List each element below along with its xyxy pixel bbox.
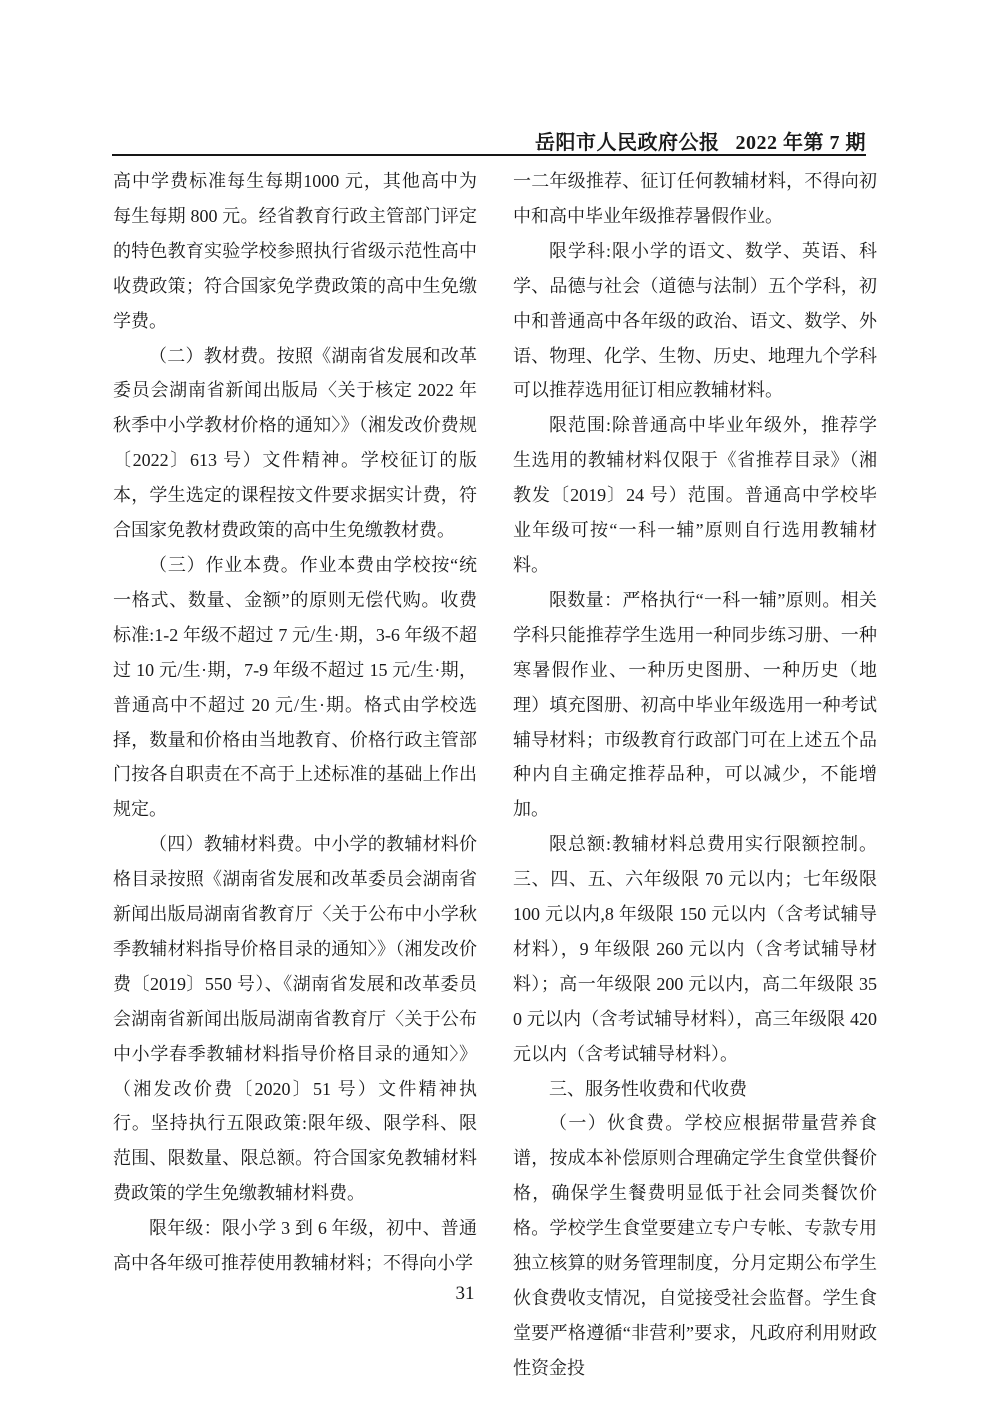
paragraph-quantity-limit: 限数量：严格执行“一科一辅”原则。相关学科只能推荐学生选用一种同步练习册、一种寒… <box>513 583 877 827</box>
paragraph-workbook-fee: （三）作业本费。作业本费由学校按“统一格式、数量、金额”的原则无偿代购。收费标准… <box>113 548 477 827</box>
paragraph-scope-limit: 限范围:除普通高中毕业年级外，推荐学生选用的教辅材料仅限于《省推荐目录》（湘教发… <box>513 408 877 583</box>
page-number: 31 <box>430 1283 500 1305</box>
gazette-issue: 2022 年第 7 期 <box>736 132 867 154</box>
right-column: 一二年级推荐、征订任何教辅材料，不得向初中和高中毕业年级推荐暑假作业。 限学科:… <box>513 164 877 1294</box>
paragraph-tuition-standard-continued: 高中学费标准每生每期1000 元，其他高中为每生每期 800 元。经省教育行政主… <box>113 164 477 339</box>
gazette-title: 岳阳市人民政府公报 <box>535 132 720 154</box>
paragraph-grade-limit-continued: 一二年级推荐、征订任何教辅材料，不得向初中和高中毕业年级推荐暑假作业。 <box>513 164 877 234</box>
paragraph-meal-fee: （一）伙食费。学校应根据带量营养食谱，按成本补偿原则合理确定学生食堂供餐价格，确… <box>513 1106 877 1385</box>
page-header: 岳阳市人民政府公报2022 年第 7 期 <box>112 126 866 155</box>
paragraph-total-amount-limit: 限总额:教辅材料总费用实行限额控制。三、四、五、六年级限 70 元以内；七年级限… <box>513 827 877 1071</box>
header-rule <box>112 154 866 156</box>
text-body: 高中学费标准每生每期1000 元，其他高中为每生每期 800 元。经省教育行政主… <box>113 164 877 1294</box>
paragraph-subject-limit: 限学科:限小学的语文、数学、英语、科学、品德与社会（道德与法制）五个学科，初中和… <box>513 234 877 409</box>
paragraph-grade-limit: 限年级：限小学 3 到 6 年级，初中、普通高中各年级可推荐使用教辅材料；不得向… <box>113 1211 477 1281</box>
paragraph-textbook-fee: （二）教材费。按照《湖南省发展和改革委员会湖南省新闻出版局〈关于核定 2022 … <box>113 339 477 548</box>
gazette-page: 岳阳市人民政府公报2022 年第 7 期 高中学费标准每生每期1000 元，其他… <box>0 0 992 1403</box>
section-heading-service-fees: 三、服务性收费和代收费 <box>513 1072 877 1107</box>
paragraph-supplementary-material-fee: （四）教辅材料费。中小学的教辅材料价格目录按照《湖南省发展和改革委员会湖南省新闻… <box>113 827 477 1211</box>
left-column: 高中学费标准每生每期1000 元，其他高中为每生每期 800 元。经省教育行政主… <box>113 164 477 1294</box>
